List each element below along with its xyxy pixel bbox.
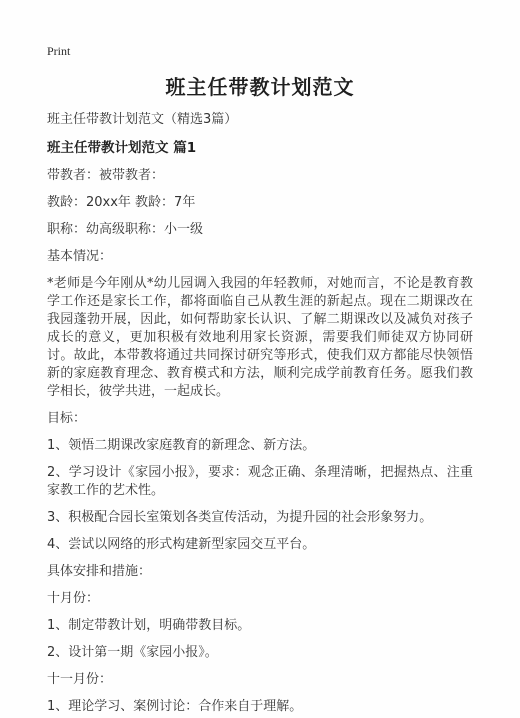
goal-item-2: 2、学习设计《家园小报》，要求：观念正确、条理清晰，把握热点、注重家教工作的艺术…: [47, 464, 473, 500]
meta-teaching-age-line: 教龄：20xx年 教龄：7年: [47, 194, 473, 212]
meta-title-line: 职称：幼高级职称：小一级: [47, 221, 473, 239]
october-item-2: 2、设计第一期《家园小报》。: [47, 644, 473, 662]
november-item-1: 1、理论学习、案例讨论：合作来自于理解。: [47, 698, 473, 716]
arrangements-label: 具体安排和措施：: [47, 563, 473, 581]
print-button[interactable]: Print: [47, 44, 70, 58]
goal-item-4: 4、尝试以网络的形式构建新型家园交互平台。: [47, 536, 473, 554]
basic-info-label: 基本情况：: [47, 248, 473, 266]
month-october-heading: 十月份：: [47, 590, 473, 608]
month-november-heading: 十一月份：: [47, 671, 473, 689]
document-title: 班主任带教计划范文: [47, 73, 473, 101]
basic-info-paragraph: *老师是今年刚从*幼儿园调入我园的年轻教师，对她而言，不论是教育教学工作还是家长…: [47, 275, 473, 401]
meta-mentor-line: 带教者：被带教者：: [47, 167, 473, 185]
goal-item-3: 3、积极配合园长室策划各类宣传活动，为提升园的社会形象努力。: [47, 509, 473, 527]
goal-item-1: 1、领悟二期课改家庭教育的新理念、新方法。: [47, 437, 473, 455]
october-item-1: 1、制定带教计划，明确带教目标。: [47, 617, 473, 635]
section-heading: 班主任带教计划范文 篇1: [47, 139, 473, 158]
document-subtitle: 班主任带教计划范文（精选3篇）: [47, 111, 473, 129]
print-preview-page: Print 班主任带教计划范文 班主任带教计划范文（精选3篇） 班主任带教计划范…: [0, 0, 520, 718]
goals-label: 目标：: [47, 410, 473, 428]
